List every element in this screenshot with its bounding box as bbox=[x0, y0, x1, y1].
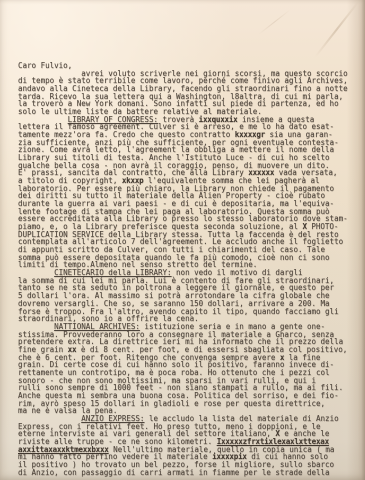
letter-line: di Anzio, con passaggio di carri armati … bbox=[18, 469, 358, 477]
paper-crease bbox=[258, 9, 290, 34]
letter-text: Caro Fulvio, avrei voluto scriverle nei … bbox=[18, 62, 358, 476]
letter-page: Caro Fulvio, avrei voluto scriverle nei … bbox=[0, 0, 365, 480]
letter-body: avrei voluto scriverle nei giorni scorsi… bbox=[18, 70, 358, 477]
paper-crease bbox=[314, 1, 358, 57]
text-segment: di Anzio, con passaggio di carri armati … bbox=[18, 468, 330, 477]
